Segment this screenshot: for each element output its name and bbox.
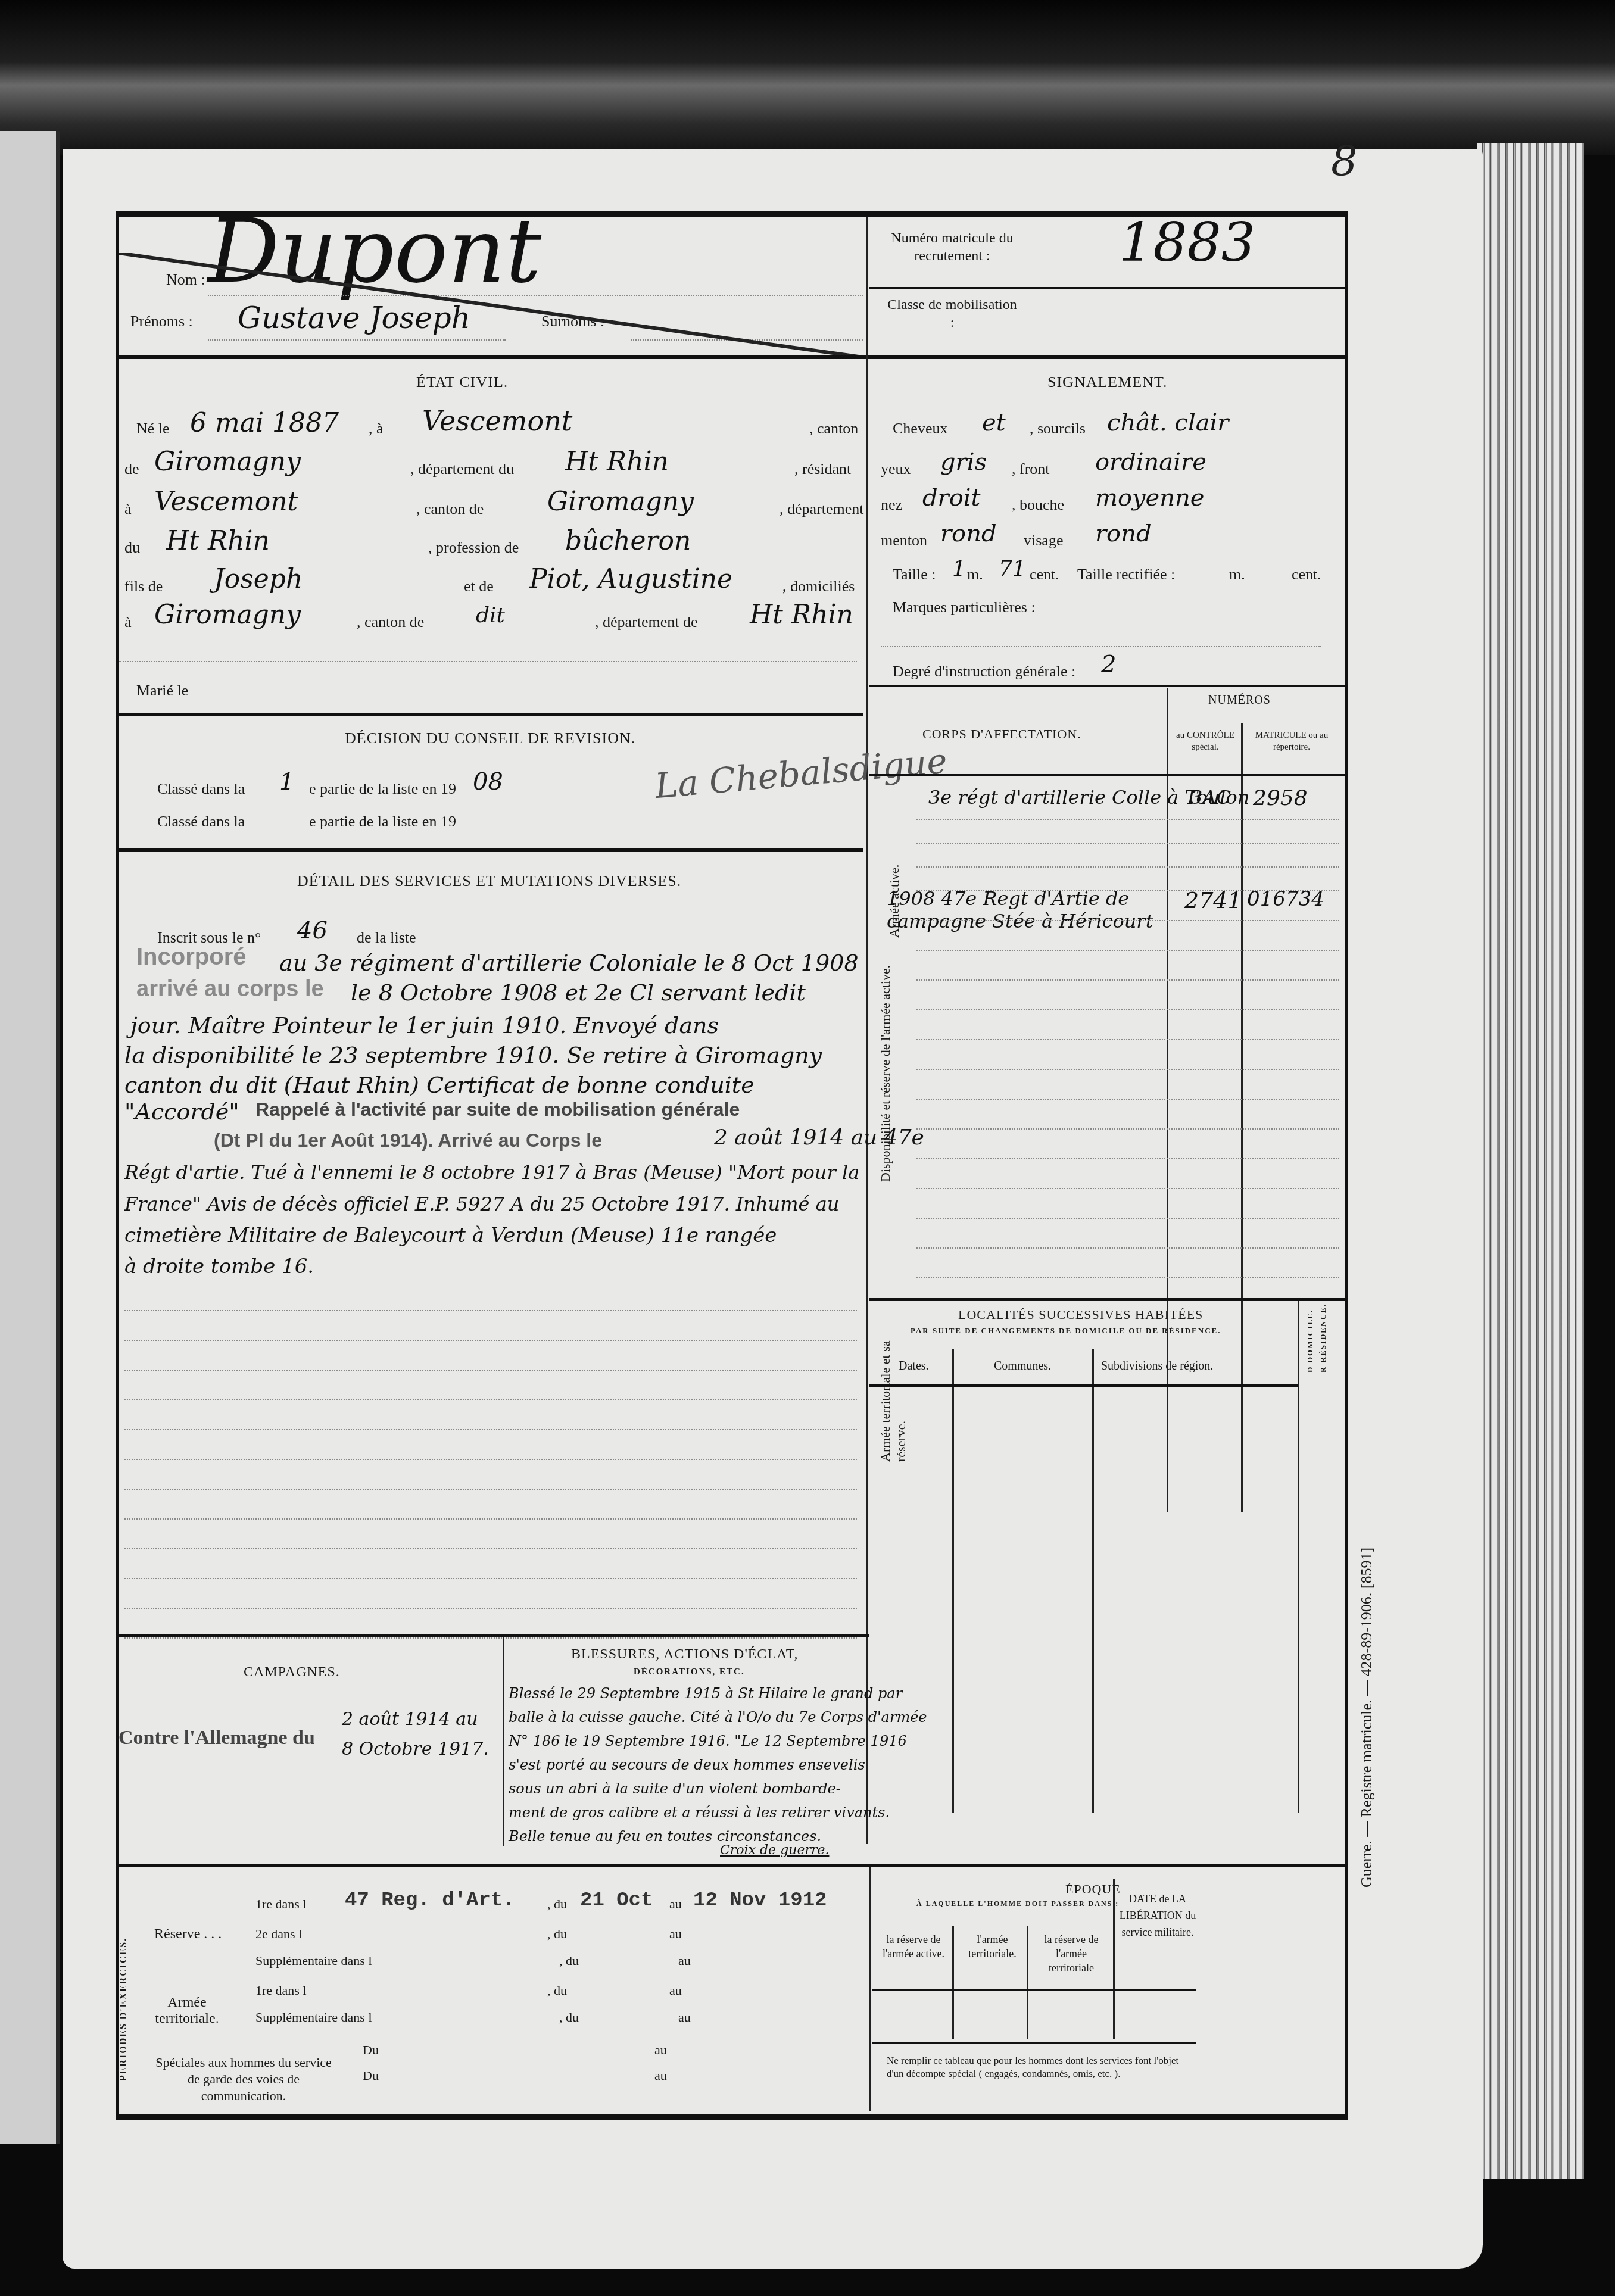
corps-col-divider-2 [1241,723,1243,1512]
nez-value: droit [922,484,981,511]
instruction-label: Degré d'instruction générale : [893,663,1075,681]
taille-cm-value: 71 [999,557,1026,581]
epoque-col-divider-2 [1027,1926,1028,2039]
et-de-label: et de [464,578,494,595]
col-controle-header: au CONTRÔLE spécial. [1176,729,1235,753]
taille-cm-label: cent. [1030,566,1059,584]
periodes-top-rule [119,1864,1345,1867]
domicile-residence-column: D DOMICILE. R RÉSIDENCE. [1304,1301,1330,1372]
header-divider [866,217,868,360]
territoriale-label: Armée territoriale. [154,1995,220,2027]
col-matricule-header: MATRICULE ou au répertoire. [1247,729,1336,753]
classe-label: Classe de mobilisation : [887,296,1018,332]
services-line-11: à droite tombe 16. [124,1255,314,1278]
strike-diagonal [119,253,869,360]
localites-col-subdivisions: Subdivisions de région. [1101,1359,1213,1373]
domicile-value: Giromagny [154,600,301,630]
services-line-3: jour. Maître Pointeur le 1er juin 1910. … [130,1012,719,1038]
visage-value: rond [1095,520,1152,547]
cheveux-label: Cheveux [893,420,947,438]
corps-affectation-title: CORPS D'AFFECTATION. [922,726,1081,742]
domicile-canton-label: , canton de [357,613,424,631]
fils-label: fils de [124,578,163,595]
epoque-left-divider [869,1867,871,2111]
classe-row-1-suffix: e partie de la liste en 19 [309,780,456,798]
services-line-1: au 3e régiment d'artillerie Coloniale le… [279,950,859,976]
cheveux-value: et [982,409,1006,436]
campagne-label: Contre l'Allemagne du [119,1727,315,1749]
nez-label: nez [881,496,902,514]
page-stack-edge [1477,143,1584,2179]
controle-entry-1: 3AC [1190,786,1231,809]
services-line-4: la disponibilité le 23 septembre 1910. S… [124,1042,822,1068]
epoque-col-divider-3 [1113,1879,1115,2039]
services-line-8: Régt d'artie. Tué à l'ennemi le 8 octobr… [124,1161,859,1184]
corps-col-divider-1 [1167,688,1168,1512]
header-bottom-rule [119,355,1345,359]
services-line-5: canton du dit (Haut Rhin) Certificat de … [124,1072,755,1098]
de-la-liste-label: de la liste [357,929,416,947]
birth-canton-value: Giromagny [154,447,301,477]
speciales-label: Spéciales aux hommes du service de garde… [154,2054,333,2104]
classe-row-2-label: Classé dans la [157,813,245,831]
stamp-arrive-au-corps: arrivé au corps le [136,977,324,1002]
taille-m-value: 1 [952,557,966,581]
book-binding-top [0,0,1615,155]
etat-civil-blank-line [119,661,857,662]
blessures-subtitle: DÉCORATIONS, ETC. [634,1667,745,1677]
localites-side-divider [1298,1301,1299,1813]
visage-label: visage [1024,532,1063,550]
canton-de-label: de [124,460,139,478]
matricule-entry-1: 2958 [1253,786,1308,810]
classe-row-1-partie: 1 [279,768,294,796]
canton-label: , canton [809,420,858,438]
domicile-dept-label: , département de [595,613,698,631]
conseil-revision-title: DÉCISION DU CONSEIL DE REVISION. [345,729,635,747]
services-line-9: France" Avis de décès officiel E.P. 5927… [124,1193,839,1215]
conseil-signature: La Chebalsdigue [653,741,949,807]
residence-dept-prefix: du [124,539,140,557]
mother-value: Piot, Augustine [529,564,732,594]
localites-col-communes: Communes. [994,1359,1051,1373]
residence-value: Vescemont [154,486,298,517]
taille-m-label: m. [967,566,983,584]
localites-header-rule [869,1384,1298,1387]
taille-rectifiee-cm-label: cent. [1292,566,1321,584]
birth-departement-value: Ht Rhin [565,447,669,477]
domicilies-label: , domiciliés [782,578,855,595]
blessures-line-7: Belle tenue au feu en toutes circonstanc… [509,1828,821,1845]
sourcils-value: chât. clair [1107,409,1229,436]
localites-col-divider-2 [1092,1349,1094,1813]
footer-imprint: Guerre. — Registre matricule. — 428-89-1… [1358,1548,1376,1888]
corps-top-rule [869,685,1345,687]
conseil-bottom-rule [119,848,863,852]
domicile-a-label: à [124,613,132,631]
residence-a-label: à [124,500,132,518]
blessures-line-3: N° 186 le 19 Septembre 1916. "Le 12 Sept… [509,1733,907,1749]
epoque-note: Ne remplir ce tableau que pour les homme… [887,2054,1190,2080]
a-label: , à [369,420,384,438]
blessures-line-8: Croix de guerre. [720,1843,829,1858]
services-line-10: cimetière Militaire de Baleycourt à Verd… [124,1224,777,1247]
epoque-col-reserve-territoriale: la réserve de l'armée territoriale [1033,1932,1110,1975]
epoque-header-rule [872,1989,1196,1991]
reserve-label: Réserve . . . [154,1926,222,1942]
blessures-line-1: Blessé le 29 Septembre 1915 à St Hilaire… [509,1685,902,1702]
profession-label: , profession de [428,539,519,557]
residence-dept-value: Ht Rhin [166,526,270,556]
campagnes-divider [503,1637,504,1846]
epoque-subtitle: À LAQUELLE L'HOMME DOIT PASSER DANS : [916,1899,1119,1908]
stamp-rappele-mobilisation: Rappelé à l'activité par suite de mobili… [255,1099,740,1121]
inscrit-value: 46 [297,917,328,944]
liberation-date-header: DATE de LA LIBÉRATION du service militai… [1119,1891,1196,1941]
instruction-value: 2 [1101,651,1116,678]
birthplace-value: Vescemont [422,405,572,437]
periode-1-au: 12 Nov 1912 [693,1889,827,1912]
taille-label: Taille : [893,566,936,584]
yeux-label: yeux [881,460,911,478]
front-value: ordinaire [1095,448,1206,476]
classe-row-1-annee: 08 [473,768,503,796]
epoque-bottom-rule [872,2042,1196,2044]
campagne-to: 8 Octobre 1917. [342,1739,489,1760]
section-territoriale-label: Armée territoriale et sa réserve. [878,1313,909,1462]
residence-canton-value: Giromagny [547,486,694,517]
etat-civil-title: ÉTAT CIVIL. [416,373,508,391]
signalement-title: SIGNALEMENT. [1047,373,1167,391]
bouche-value: moyenne [1095,484,1204,511]
epoque-col-territoriale: l'armée territoriale. [958,1932,1027,1961]
father-value: Joseph [214,564,303,594]
matricule-form: Nom : Dupont Prénoms : Gustave Joseph Su… [116,211,1348,2120]
blessures-line-4: s'est porté au secours de deux hommes en… [509,1757,865,1773]
bouche-label: , bouche [1012,496,1064,514]
periode-1-unit: 47 Reg. d'Art. [345,1889,515,1912]
main-column-divider [866,355,868,1844]
classe-row-1-label: Classé dans la [157,780,245,798]
epoque-col-reserve-active: la réserve de l'armée active. [878,1932,949,1961]
numeros-title: NUMÉROS [1208,694,1271,707]
section-disponibilite-label: Disponibilité et réserve de l'armée acti… [878,920,893,1182]
campagnes-title: CAMPAGNES. [244,1664,340,1680]
periode-1-du: 21 Oct [580,1889,653,1912]
sourcils-label: , sourcils [1030,420,1086,438]
epoque-title: ÉPOQUE [1065,1882,1121,1897]
marie-label: Marié le [136,682,188,700]
departement-label: , département du [410,460,514,478]
corps-entry-2: 1908 47e Regt d'Artie de campagne Stée à… [887,887,1167,932]
front-label: , front [1012,460,1050,478]
marques-label: Marques particulières : [893,598,1036,616]
blessures-title: BLESSURES, ACTIONS D'ÉCLAT, [571,1646,799,1662]
menton-label: menton [881,532,927,550]
corps-header-rule [869,774,1345,776]
birth-date-value: 6 mai 1887 [190,408,339,438]
residence-dept-label: , département [780,500,864,518]
localites-title: LOCALITÉS SUCCESSIVES HABITÉES [958,1307,1203,1322]
residence-canton-label: , canton de [416,500,484,518]
localites-col-dates: Dates. [899,1359,929,1373]
profession-value: bûcheron [565,526,691,556]
page-number-annotation: 8 [1331,137,1358,186]
blessures-line-2: balle à la cuisse gauche. Cité à l'O/o d… [509,1709,927,1726]
residant-label: , résidant [794,460,851,478]
previous-page-edge [0,131,60,2144]
menton-value: rond [940,520,997,547]
taille-rectifiee-label: Taille rectifiée : [1077,566,1175,584]
blessures-line-5: sous un abri à la suite d'un violent bom… [509,1780,841,1797]
domicile-canton-value: dit [476,603,505,628]
classe-row-2-suffix: e partie de la liste en 19 [309,813,456,831]
campagne-from: 2 août 1914 au [342,1709,478,1730]
corps-bottom-rule [869,1298,1345,1301]
stamp-decret-aout-1914: (Dt Pl du 1er Août 1914). Arrivé au Corp… [214,1130,602,1152]
localites-col-divider-1 [952,1349,954,1813]
marques-line [881,646,1321,647]
etat-civil-bottom-rule [119,713,863,716]
stamp-incorpore: Incorporé [136,944,246,971]
campagnes-top-rule [119,1634,869,1637]
matricule-label: Numéro matricule du recrutement : [887,229,1018,265]
periodes-side-title: PÉRIODES D'EXERCICES. [119,1938,129,2081]
epoque-col-divider-1 [952,1926,954,2039]
services-line-2: le 8 Octobre 1908 et 2e Cl servant ledit [351,979,806,1006]
header-separator [869,287,1345,289]
matricule-value: 1883 [1119,211,1255,274]
services-line-6: "Accordé" [124,1099,239,1125]
ne-le-label: Né le [136,420,170,438]
taille-rectifiee-m-label: m. [1229,566,1245,584]
localites-subtitle: PAR SUITE DE CHANGEMENTS DE DOMICILE OU … [911,1326,1221,1336]
services-title: DÉTAIL DES SERVICES ET MUTATIONS DIVERSE… [297,872,681,890]
yeux-value: gris [940,448,987,476]
blessures-line-6: ment de gros calibre et a réussi à les r… [509,1804,890,1821]
domicile-dept-value: Ht Rhin [750,600,853,630]
